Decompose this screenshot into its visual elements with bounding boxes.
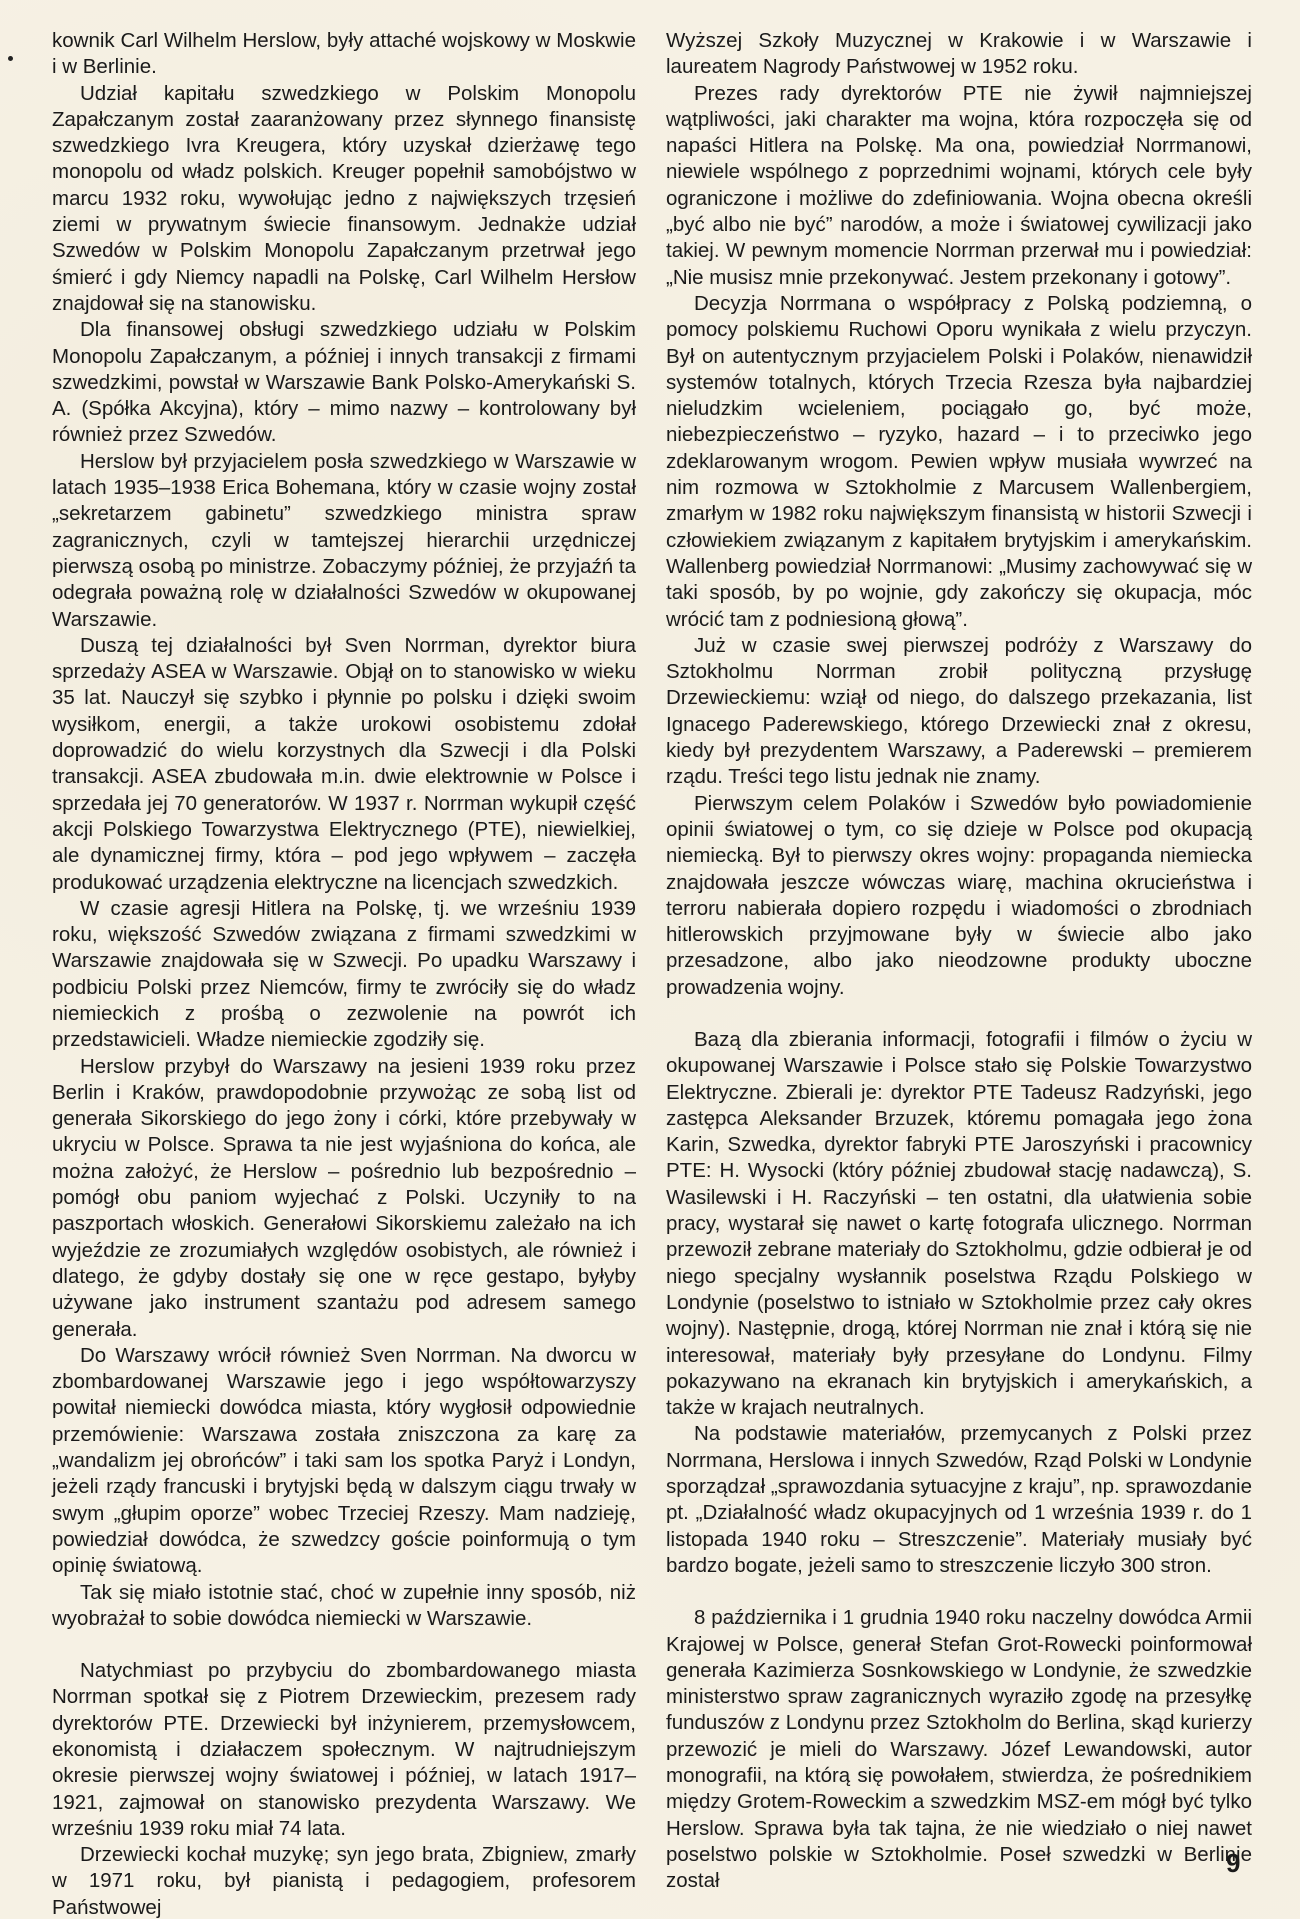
paragraph: Natychmiast po przybyciu do zbombardowan… (52, 1658, 636, 1842)
paragraph: Herslow przybył do Warszawy na jesieni 1… (52, 1054, 636, 1343)
left-column: kownik Carl Wilhelm Herslow, były attach… (52, 28, 636, 1919)
page-number: 9 (1226, 1848, 1240, 1879)
paragraph: Wyższej Szkoły Muzycznej w Krakowie i w … (666, 28, 1252, 81)
paragraph: Drzewiecki kochał muzykę; syn jego brata… (52, 1842, 636, 1919)
paragraph: Na podstawie materiałów, przemycanych z … (666, 1421, 1252, 1579)
magazine-page: kownik Carl Wilhelm Herslow, były attach… (0, 0, 1300, 1919)
paragraph: Pierwszym celem Polaków i Szwedów było p… (666, 791, 1252, 1001)
paragraph: Decyzja Norrmana o współpracy z Polską p… (666, 291, 1252, 633)
paragraph: Już w czasie swej pierwszej podróży z Wa… (666, 633, 1252, 791)
paragraph: Dla finansowej obsługi szwedzkiego udzia… (52, 317, 636, 448)
paragraph: kownik Carl Wilhelm Herslow, były attach… (52, 28, 636, 81)
print-speck (8, 56, 13, 61)
paragraph: 8 października i 1 grudnia 1940 roku nac… (666, 1605, 1252, 1894)
right-column: Wyższej Szkoły Muzycznej w Krakowie i w … (666, 28, 1252, 1894)
paragraph: Tak się miało istotnie stać, choć w zupe… (52, 1580, 636, 1633)
paragraph: Duszą tej działalności był Sven Norrman,… (52, 633, 636, 896)
paragraph: Do Warszawy wrócił również Sven Norrman.… (52, 1343, 636, 1580)
paragraph: Udział kapitału szwedzkiego w Polskim Mo… (52, 81, 636, 318)
paragraph: Prezes rady dyrektorów PTE nie żywił naj… (666, 81, 1252, 291)
paragraph: Bazą dla zbierania informacji, fotografi… (666, 1027, 1252, 1421)
paragraph: Herslow był przyjacielem posła szwedzkie… (52, 449, 636, 633)
paragraph: W czasie agresji Hitlera na Polskę, tj. … (52, 896, 636, 1054)
